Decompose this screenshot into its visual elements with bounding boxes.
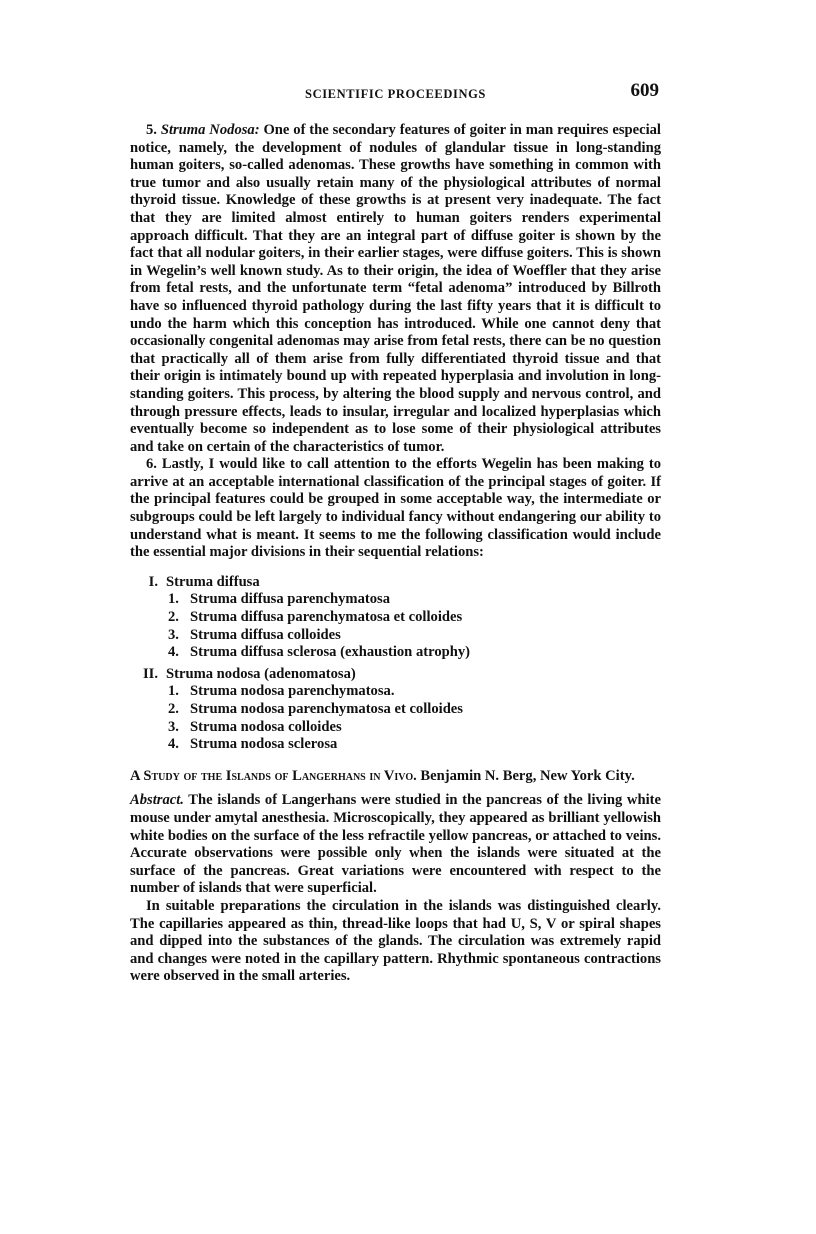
item-number: 2.	[168, 701, 190, 719]
group-label: Struma nodosa (adenomatosa)	[166, 666, 356, 684]
page-number: 609	[631, 82, 660, 100]
section-6-number: 6.	[146, 456, 157, 472]
item-number: 3.	[168, 719, 190, 737]
item-label: Struma nodosa colloides	[190, 719, 342, 737]
classification-item: 2. Struma nodosa parenchymatosa et collo…	[130, 701, 661, 719]
group-numeral: II.	[130, 666, 166, 684]
classification-item: 1. Struma diffusa parenchymatosa	[130, 591, 661, 609]
group-label: Struma diffusa	[166, 574, 260, 592]
article-title: A Study of the Islands of Langerhans in …	[130, 768, 417, 784]
classification-group-diffusa: I. Struma diffusa	[130, 574, 661, 592]
section-5-paragraph: 5. Struma Nodosa: One of the secondary f…	[130, 122, 661, 456]
article-author: Benjamin N. Berg, New York City.	[420, 768, 634, 784]
item-number: 1.	[168, 683, 190, 701]
classification-item: 2. Struma diffusa parenchymatosa et coll…	[130, 609, 661, 627]
item-number: 4.	[168, 644, 190, 662]
article-heading: A Study of the Islands of Langerhans in …	[130, 768, 661, 786]
item-label: Struma nodosa parenchymatosa.	[190, 683, 394, 701]
classification-item: 1. Struma nodosa parenchymatosa.	[130, 683, 661, 701]
classification-item: 3. Struma diffusa colloides	[130, 627, 661, 645]
item-label: Struma diffusa colloides	[190, 627, 341, 645]
goiter-classification-list: I. Struma diffusa 1. Struma diffusa pare…	[130, 574, 661, 754]
circulation-paragraph: In suitable preparations the circulation…	[130, 898, 661, 986]
item-number: 2.	[168, 609, 190, 627]
item-number: 1.	[168, 591, 190, 609]
abstract-paragraph: Abstract. The islands of Langerhans were…	[130, 792, 661, 898]
classification-item: 4. Struma nodosa sclerosa	[130, 736, 661, 754]
running-title: SCIENTIFIC PROCEEDINGS	[130, 86, 661, 104]
group-numeral: I.	[130, 574, 166, 592]
item-label: Struma nodosa sclerosa	[190, 736, 337, 754]
running-header: SCIENTIFIC PROCEEDINGS 609	[130, 84, 661, 108]
document-page: SCIENTIFIC PROCEEDINGS 609 5. Struma Nod…	[130, 84, 661, 986]
item-number: 3.	[168, 627, 190, 645]
item-label: Struma diffusa parenchymatosa et colloid…	[190, 609, 462, 627]
section-5-number: 5.	[146, 122, 157, 138]
classification-item: 3. Struma nodosa colloides	[130, 719, 661, 737]
item-number: 4.	[168, 736, 190, 754]
item-label: Struma diffusa parenchymatosa	[190, 591, 390, 609]
abstract-label: Abstract.	[130, 792, 184, 808]
item-label: Struma diffusa sclerosa (exhaustion atro…	[190, 644, 470, 662]
abstract-text: The islands of Langerhans were studied i…	[130, 792, 661, 896]
classification-group-nodosa: II. Struma nodosa (adenomatosa)	[130, 666, 661, 684]
section-5-title: Struma Nodosa:	[161, 122, 260, 138]
section-6-paragraph: 6. Lastly, I would like to call attentio…	[130, 456, 661, 562]
section-5-text: One of the secondary features of goiter …	[130, 122, 661, 455]
item-label: Struma nodosa parenchymatosa et colloide…	[190, 701, 463, 719]
section-6-text: Lastly, I would like to call attention t…	[130, 456, 661, 560]
classification-item: 4. Struma diffusa sclerosa (exhaustion a…	[130, 644, 661, 662]
